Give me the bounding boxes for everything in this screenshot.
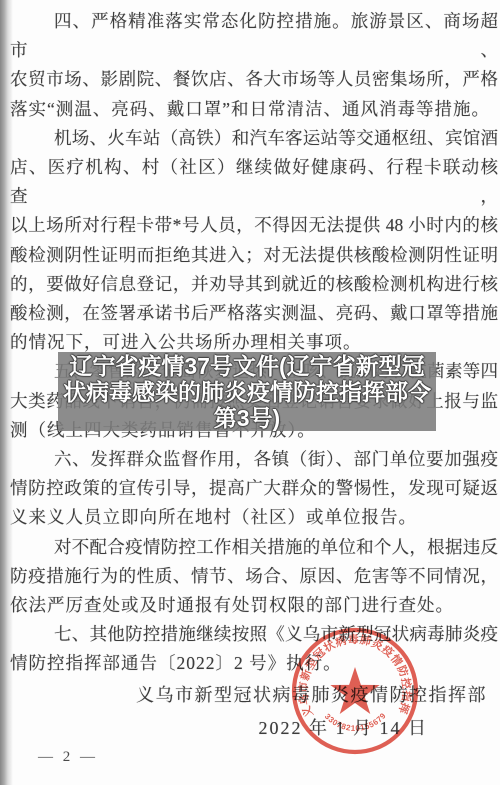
document-line: 对不配合疫情防控工作相关措施的单位和个人，根据违反 bbox=[10, 533, 498, 562]
document-line: 以上场所对行程卡带*号人员，不得因无法提供 48 小时内的核 bbox=[10, 211, 498, 240]
document-line: 情防控政策的宣传引导，提高广大群众的警惕性，发现可疑返 bbox=[10, 474, 498, 503]
watermark-title-line: 第3号) bbox=[214, 405, 280, 431]
document-line: 义来义人员立即向所在地村（社区）或单位报告。 bbox=[10, 503, 498, 532]
document-line: 防疫措施行为的性质、情节、场合、原因、危害等不同情况， bbox=[10, 562, 498, 591]
watermark-title-box: 辽宁省疫情37号文件(辽宁省新型冠 状病毒感染的肺炎疫情防控指挥部令 第3号) bbox=[58, 352, 436, 431]
document-line: 六、发挥群众监督作用，各镇（街）、部门单位要加强疫 bbox=[10, 445, 498, 474]
document-line: 农贸市场、影剧院、餐饮店、各大市场等人员密集场所，严格 bbox=[10, 65, 498, 94]
document-line: 店、医疗机构、村（社区）继续做好健康码、行程卡联动核查， bbox=[10, 153, 498, 211]
document-line: 酸检测阴性证明而拒绝其进入；对无法提供核酸检测阴性证明 bbox=[10, 241, 498, 270]
document-line: 机场、火车站（高铁）和汽车客运站等交通枢纽、宾馆酒 bbox=[10, 124, 498, 153]
official-seal-stamp-icon: 义乌市新型冠状病毒肺炎疫情防控指挥部 33078210155679 bbox=[287, 623, 423, 759]
document-line: 落实“测温、亮码、戴口罩”和日常清洁、通风消毒等措施。 bbox=[10, 95, 498, 124]
svg-text:33078210155679: 33078210155679 bbox=[323, 711, 388, 733]
document-line: 依法严厉查处或及时通报有处罚权限的部门进行查处。 bbox=[10, 591, 498, 620]
seal-serial-number: 33078210155679 bbox=[323, 711, 388, 733]
document-body: 四、严格精准落实常态化防控措施。旅游景区、商场超市、 农贸市场、影剧院、餐饮店、… bbox=[10, 7, 498, 679]
document-page: 四、严格精准落实常态化防控措施。旅游景区、商场超市、 农贸市场、影剧院、餐饮店、… bbox=[0, 0, 500, 785]
document-line: 的，要做好信息登记，并劝导其到就近的核酸检测机构进行核 bbox=[10, 270, 498, 299]
watermark-title-line: 状病毒感染的肺炎疫情防控指挥部令 bbox=[63, 379, 431, 405]
document-line: 酸检测，在签署承诺书后严格落实测温、亮码、戴口罩等措施 bbox=[10, 299, 498, 328]
page-number: — 2 — bbox=[38, 749, 98, 766]
seal-star-icon bbox=[330, 667, 379, 714]
watermark-title-line: 辽宁省疫情37号文件(辽宁省新型冠 bbox=[69, 353, 424, 379]
document-line: 情防控指挥部通告〔2022〕2 号》执行。 bbox=[10, 649, 498, 678]
document-line: 七、其他防控措施继续按照《义乌市新型冠状病毒肺炎疫 bbox=[10, 620, 498, 649]
document-line: 四、严格精准落实常态化防控措施。旅游景区、商场超市、 bbox=[10, 7, 498, 65]
